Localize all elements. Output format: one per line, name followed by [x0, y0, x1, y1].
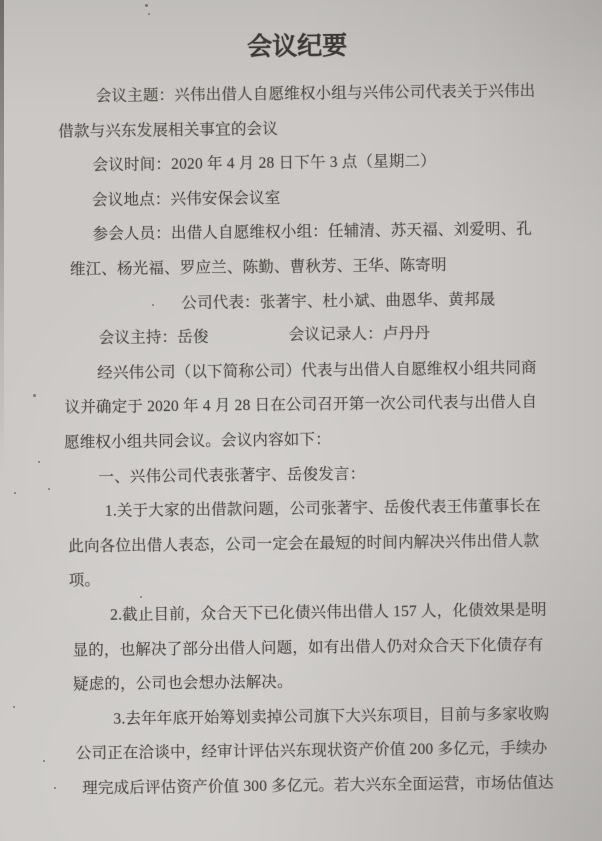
text-line: 理完成后评估资产价值 300 多亿元。若大兴东全面运营，市场估值达 [82, 774, 554, 798]
text-line: 参会人员：出借人自愿维权小组：任辅清、苏天福、刘爱明、孔 [92, 221, 532, 244]
dust-speck [152, 304, 154, 306]
text-line: 此向各位出借人表态，公司一定会在最短的时间内解决兴伟出借人款 [68, 533, 539, 557]
text-line: 公司正在洽谈中，经审计评估兴东现状资产价值 200 多亿元，手续办 [76, 739, 548, 763]
dust-speck [43, 760, 45, 762]
text-line: 一、兴伟公司代表张著宇、岳俊发言： [98, 466, 365, 487]
text-line: 会议地点：兴伟安保会议室 [92, 190, 281, 210]
dust-speck [38, 461, 40, 463]
text-line: 愿维权小组共同会议。会议内容如下： [64, 431, 331, 452]
text-line: 疑虑的，公司也会想办法解决。 [73, 674, 293, 694]
text-line: 1.关于大家的出借款问题，公司张著宇、岳俊代表王伟董事长在 [105, 497, 541, 520]
text-line: 会议主持：岳俊 [99, 329, 209, 348]
text-line: 经兴伟公司（以下简称公司）代表与出借人自愿维权小组共同商 [97, 360, 537, 383]
text-line: 会议记录人：卢丹丹 [289, 325, 431, 345]
text-line: 3.去年年底开始筹划卖掉公司旗下大兴东项目，目前与多家收购 [113, 705, 549, 728]
dust-speck [48, 488, 50, 490]
dust-speck [14, 492, 16, 494]
text-line: 2.截止目前，众合天下已化债兴伟出借人 157 人，化债效果是明 [110, 601, 547, 624]
text-line: 维江、杨光福、罗应兰、陈勤、曹秋芳、王华、陈寄明 [70, 257, 447, 279]
text-line: 议并确定于 2020 年 4 月 28 日在公司召开第一次公司代表与出借人自 [65, 394, 538, 418]
text-line: 公司代表：张著宇、杜小斌、曲恩华、黄邦晟 [181, 291, 495, 313]
text-line: 显的，也解决了部分出借人问题，如有出借人仍对众合天下化债存有 [72, 636, 543, 660]
text-line: 借款与兴东发展相关事宜的会议 [58, 121, 278, 141]
document-photo: 会议纪要 会议主题：兴伟出借人自愿维权小组与兴伟公司代表关于兴伟出借款与兴东发展… [0, 0, 602, 841]
document-title: 会议纪要 [247, 33, 347, 62]
dust-speck [54, 787, 56, 789]
dust-speck [148, 13, 150, 15]
document-page: 会议纪要 会议主题：兴伟出借人自愿维权小组与兴伟公司代表关于兴伟出借款与兴东发展… [0, 0, 602, 841]
document-body: 会议主题：兴伟出借人自愿维权小组与兴伟公司代表关于兴伟出借款与兴东发展相关事宜的… [0, 0, 597, 1]
dust-speck [140, 596, 142, 598]
dust-speck [13, 706, 15, 708]
dust-speck [145, 4, 148, 7]
text-line: 会议主题：兴伟出借人自愿维权小组与兴伟公司代表关于兴伟出 [96, 83, 536, 106]
text-line: 会议时间：2020 年 4 月 28 日下午 3 点（星期二） [93, 153, 437, 175]
dust-speck [33, 394, 36, 397]
text-line: 项。 [69, 572, 101, 590]
